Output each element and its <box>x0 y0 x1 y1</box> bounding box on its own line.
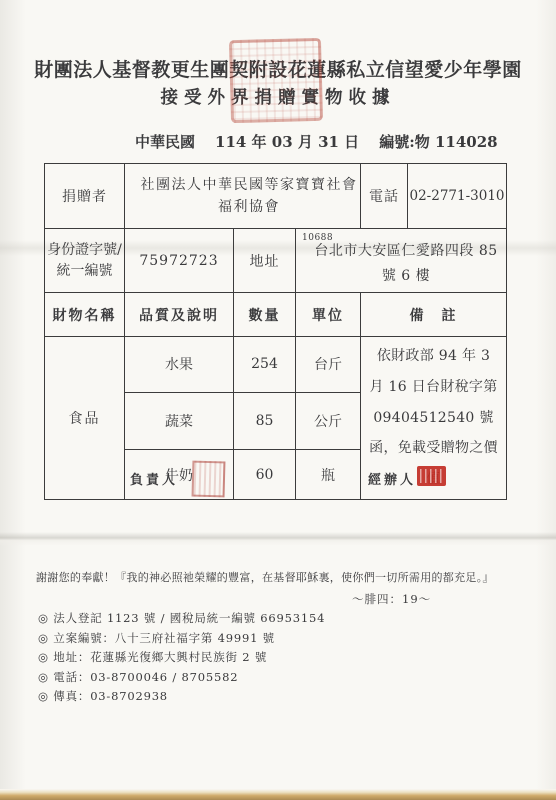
address-cell: 10688 台北市大安區仁愛路四段 85 號 6 樓 <box>296 229 507 293</box>
id-label-cell: 身份證字號/ 統一編號 <box>45 229 125 293</box>
phone-value-cell: 02-2771-3010 <box>408 164 507 229</box>
header-note: 備 註 <box>361 293 507 337</box>
category-cell: 食品 <box>45 337 125 500</box>
manager-seal <box>192 461 226 498</box>
paper-fold-crease <box>0 532 556 546</box>
era-label: 中華民國 <box>135 131 195 152</box>
license-line: ◎ 立案編號：八十三府社福字第 49991 號 <box>38 630 325 650</box>
org-phone-line: ◎ 電話：03-8700046 / 8705582 <box>38 669 325 689</box>
item-desc: 水果 <box>125 337 234 393</box>
header-description: 品質及說明 <box>125 293 234 337</box>
registration-line: ◎ 法人登記 1123 號 / 國稅局統一編號 66953154 <box>38 610 325 630</box>
item-unit: 台斤 <box>296 337 361 393</box>
handler-label: 經辦人 <box>368 469 416 488</box>
scanned-receipt-page: 財團法人基督教更生團契附設花蓮縣私立信望愛少年學園 接受外界捐贈實物收據 中華民… <box>0 0 556 800</box>
id-number-cell: 75972723 <box>125 229 234 293</box>
contact-info-list: ◎ 法人登記 1123 號 / 國稅局統一編號 66953154 ◎ 立案編號：… <box>38 610 325 708</box>
id-label-line2: 統一編號 <box>57 263 113 279</box>
items-header-row: 財物名稱 品質及說明 數量 單位 備 註 <box>45 293 507 337</box>
item-qty: 85 <box>234 392 296 449</box>
item-desc: 蔬菜 <box>125 392 234 449</box>
verse-reference: ～腓四：19～ <box>352 591 431 607</box>
item-row-fruit: 食品 水果 254 台斤 依財政部 94 年 3 月 16 日台財稅字第 094… <box>45 337 507 393</box>
date-value: 114 年 03 月 31 日 <box>215 131 359 152</box>
scan-bottom-edge <box>0 789 556 800</box>
donor-row: 捐贈者 社團法人中華民國等家寶寶社會福利協會 電話 02-2771-3010 <box>45 164 507 229</box>
postal-code: 10688 <box>302 231 333 247</box>
item-unit: 瓶 <box>296 450 361 500</box>
org-address-line: ◎ 地址：花蓮縣光復鄉大興村民族街 2 號 <box>38 649 325 669</box>
handler-seal <box>417 466 446 486</box>
address-text: 台北市大安區仁愛路四段 85 號 6 樓 <box>314 243 497 284</box>
item-unit: 公斤 <box>296 392 361 449</box>
handler-seal-marks <box>420 469 443 483</box>
item-qty: 60 <box>234 450 296 500</box>
item-qty: 254 <box>234 337 296 393</box>
date-line: 中華民國 114 年 03 月 31 日 編號:物 114028 <box>135 131 498 152</box>
manager-label: 負責人 <box>130 469 178 488</box>
id-label-line1: 身份證字號/ <box>47 242 122 258</box>
donor-label-cell: 捐贈者 <box>45 164 125 229</box>
phone-label-cell: 電話 <box>361 164 408 229</box>
org-fax-line: ◎ 傳真：03-8702938 <box>38 688 325 708</box>
document-title-line2: 接受外界捐贈實物收據 <box>0 84 556 109</box>
serial-number: 編號:物 114028 <box>379 131 497 152</box>
id-address-row: 身份證字號/ 統一編號 75972723 地址 10688 台北市大安區仁愛路四… <box>45 229 507 293</box>
receipt-table: 捐贈者 社團法人中華民國等家寶寶社會福利協會 電話 02-2771-3010 身… <box>44 163 507 500</box>
header-unit: 單位 <box>296 293 361 337</box>
header-item-name: 財物名稱 <box>45 293 125 337</box>
header-quantity: 數量 <box>234 293 296 337</box>
thanks-verse-text: 謝謝您的奉獻！『我的神必照祂榮耀的豐富，在基督耶穌裏，使你們一切所需用的都充足。… <box>36 569 536 585</box>
donor-name-cell: 社團法人中華民國等家寶寶社會福利協會 <box>125 164 361 229</box>
address-label-cell: 地址 <box>234 229 296 293</box>
document-title-line1: 財團法人基督教更生團契附設花蓮縣私立信望愛少年學園 <box>0 55 556 82</box>
